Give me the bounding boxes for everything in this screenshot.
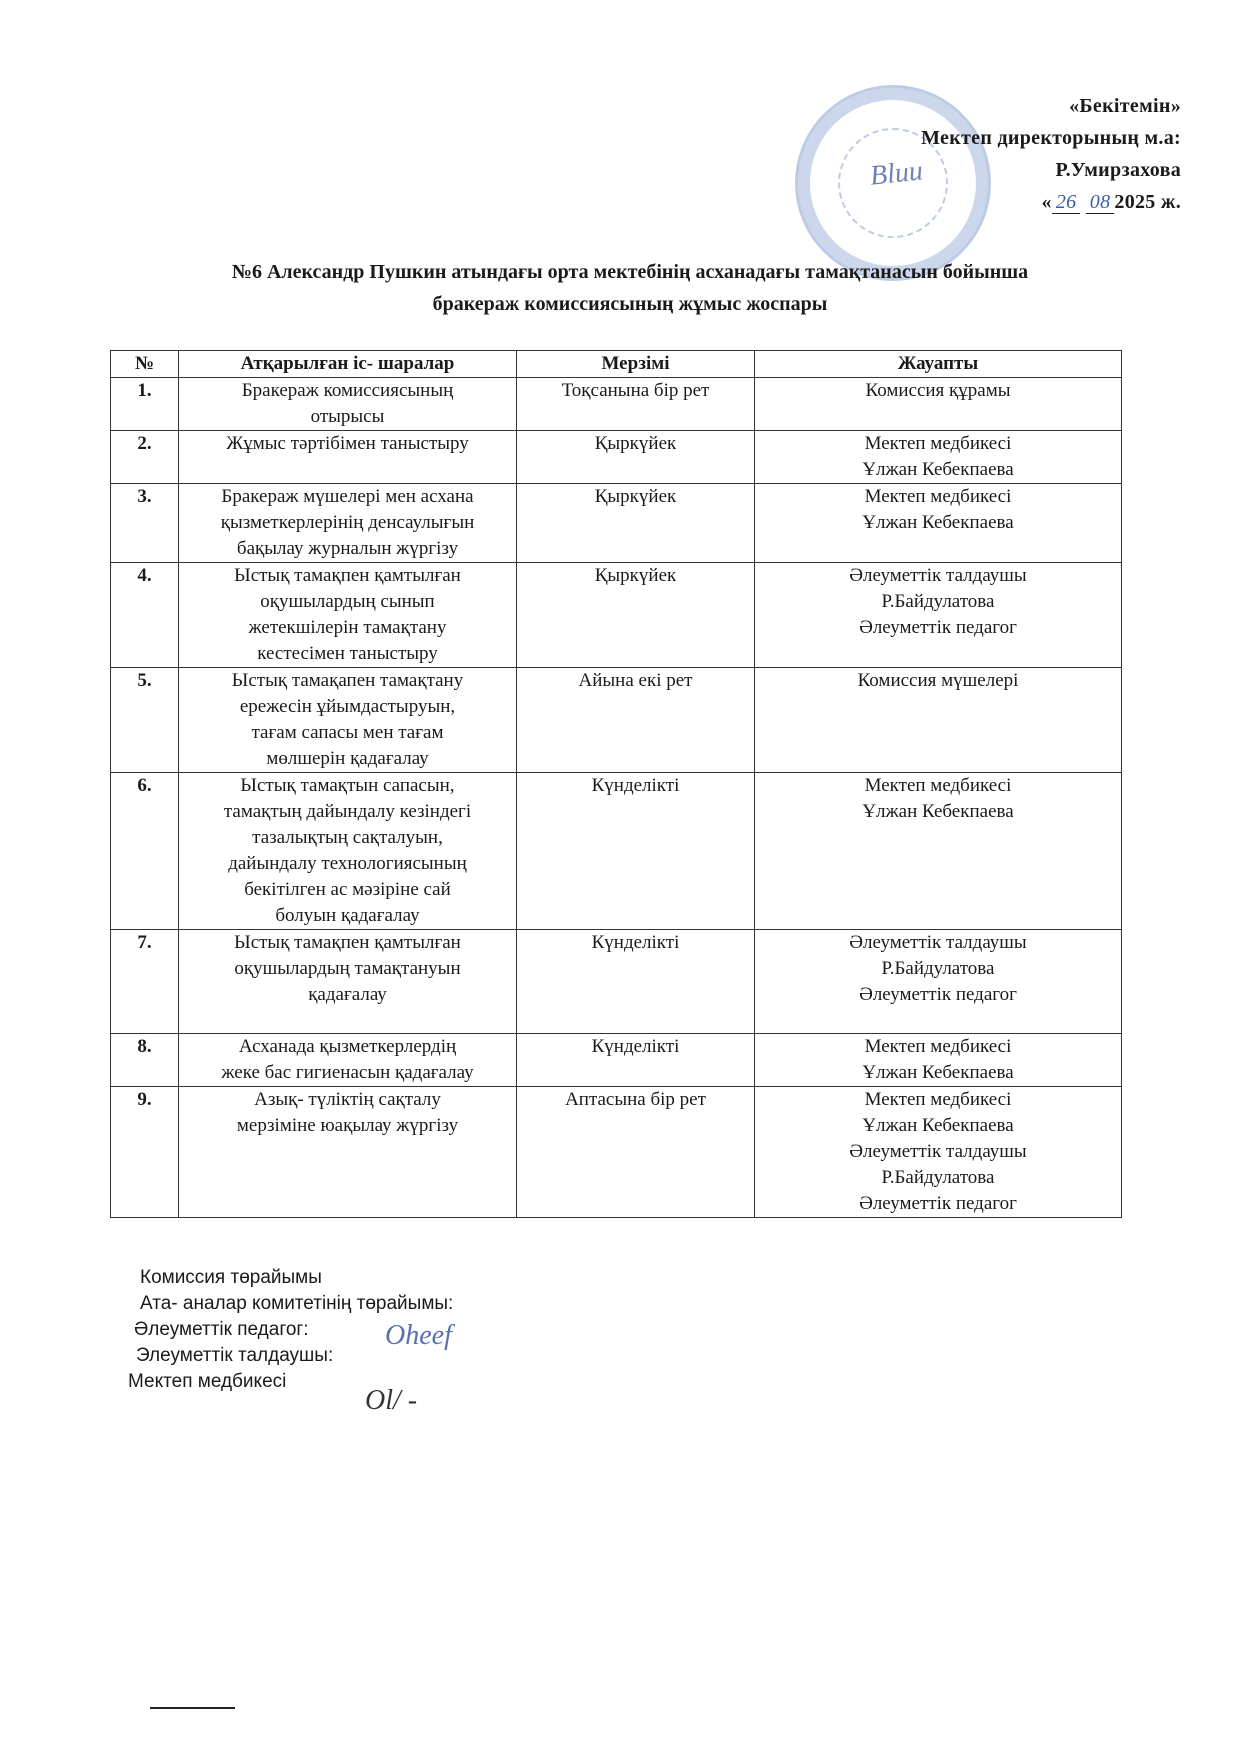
responsible-line: Мектеп медбикесі	[761, 1034, 1115, 1060]
responsible-line: Мектеп медбикесі	[761, 1087, 1115, 1113]
activity-line: жетекшілерін тамақтану	[185, 615, 510, 641]
table-row: 6.Ыстық тамақтын сапасын,тамақтың дайынд…	[111, 773, 1122, 930]
row-activity: Асханада қызметкерлердіңжеке бас гигиена…	[179, 1034, 517, 1087]
header-term: Мерзімі	[517, 351, 755, 378]
row-responsible: Әлеуметтік талдаушыР.БайдулатоваӘлеуметт…	[755, 563, 1122, 668]
table-row: 8.Асханада қызметкерлердіңжеке бас гигие…	[111, 1034, 1122, 1087]
activity-line: оқушылардың сынып	[185, 589, 510, 615]
row-number: 6.	[111, 773, 179, 930]
table-row: 7.Ыстық тамақпен қамтылғаноқушылардың та…	[111, 930, 1122, 1034]
responsible-line: Әлеуметтік педагог	[761, 1191, 1115, 1217]
date-year: 2025 ж.	[1114, 191, 1181, 213]
row-activity: Ыстық тамақпен қамтылғаноқушылардың сыны…	[179, 563, 517, 668]
row-number: 3.	[111, 484, 179, 563]
row-number: 2.	[111, 431, 179, 484]
table-row: 3.Бракераж мүшелері мен асханақызметкерл…	[111, 484, 1122, 563]
activity-line: Бракераж мүшелері мен асхана	[185, 484, 510, 510]
table-row: 2.Жұмыс тәртібімен таныстыруҚыркүйекМект…	[111, 431, 1122, 484]
activity-line: отырысы	[185, 404, 510, 430]
table-header-row: № Атқарылған іс- шаралар Мерзімі Жауапты	[111, 351, 1122, 378]
row-responsible: Комиссия құрамы	[755, 378, 1122, 431]
row-number: 8.	[111, 1034, 179, 1087]
date-prefix: «	[1042, 191, 1052, 213]
header-responsible: Жауапты	[755, 351, 1122, 378]
title-line-1: №6 Александр Пушкин атындағы орта мектеб…	[150, 256, 1110, 288]
row-term: Күнделікті	[517, 1034, 755, 1087]
row-responsible: Әлеуметтік талдаушыР.БайдулатоваӘлеуметт…	[755, 930, 1122, 1034]
row-activity: Ыстық тамақтын сапасын,тамақтың дайындал…	[179, 773, 517, 930]
footer-commission-chair: Комиссия төрайымы	[140, 1265, 453, 1291]
row-responsible: Мектеп медбикесіҰлжан Кебекпаева	[755, 431, 1122, 484]
approval-heading: «Бекітемін»	[821, 90, 1181, 122]
row-responsible: Мектеп медбикесіҰлжан Кебекпаева	[755, 773, 1122, 930]
responsible-line: Мектеп медбикесі	[761, 773, 1115, 799]
row-number: 9.	[111, 1087, 179, 1218]
row-responsible: Мектеп медбикесіҰлжан Кебекпаева	[755, 1034, 1122, 1087]
row-activity: Бракераж комиссиясыныңотырысы	[179, 378, 517, 431]
activity-line: Азық- түліктің сақталу	[185, 1087, 510, 1113]
activity-line: қадағалау	[185, 982, 510, 1008]
responsible-line: Әлеуметтік талдаушы	[761, 1139, 1115, 1165]
title-line-2: бракераж комиссиясының жұмыс жоспары	[150, 288, 1110, 320]
activity-line: ережесін ұйымдастыруын,	[185, 694, 510, 720]
row-activity: Ыстық тамақапен тамақтануережесін ұйымда…	[179, 668, 517, 773]
activity-line: бекітілген ас мәзіріне сай	[185, 877, 510, 903]
table-body: 1.Бракераж комиссиясыныңотырысыТоқсанына…	[111, 378, 1122, 1218]
date-month: 08	[1086, 191, 1115, 214]
activity-line: тағам сапасы мен тағам	[185, 720, 510, 746]
row-number: 7.	[111, 930, 179, 1034]
activity-line: Ыстық тамақтын сапасын,	[185, 773, 510, 799]
row-number: 1.	[111, 378, 179, 431]
approval-position: Мектеп директорының м.а:	[821, 122, 1181, 154]
activity-line: тамақтың дайындалу кезіндегі	[185, 799, 510, 825]
table-row: 5.Ыстық тамақапен тамақтануережесін ұйым…	[111, 668, 1122, 773]
responsible-line: Ұлжан Кебекпаева	[761, 1060, 1115, 1086]
row-term: Аптасына бір рет	[517, 1087, 755, 1218]
responsible-line: Әлеуметтік талдаушы	[761, 930, 1115, 956]
activity-line: дайындалу технологиясының	[185, 851, 510, 877]
row-term: Күнделікті	[517, 773, 755, 930]
responsible-line: Әлеуметтік талдаушы	[761, 563, 1115, 589]
row-number: 4.	[111, 563, 179, 668]
activity-line: тазалықтың сақталуын,	[185, 825, 510, 851]
activity-line: бақылау журналын жүргізу	[185, 536, 510, 562]
activity-line: мөлшерін қадағалау	[185, 746, 510, 772]
page-title: №6 Александр Пушкин атындағы орта мектеб…	[150, 256, 1110, 320]
row-term: Тоқсанына бір рет	[517, 378, 755, 431]
row-number: 5.	[111, 668, 179, 773]
row-activity: Жұмыс тәртібімен таныстыру	[179, 431, 517, 484]
activity-line: мерзіміне юақылау жүргізу	[185, 1113, 510, 1139]
row-term: Қыркүйек	[517, 563, 755, 668]
activity-line: Ыстық тамақапен тамақтану	[185, 668, 510, 694]
header-number: №	[111, 351, 179, 378]
row-activity: Бракераж мүшелері мен асханақызметкерлер…	[179, 484, 517, 563]
responsible-line: Р.Байдулатова	[761, 589, 1115, 615]
responsible-line: Мектеп медбикесі	[761, 431, 1115, 457]
approval-block: «Бекітемін» Мектеп директорының м.а: Р.У…	[821, 90, 1181, 218]
responsible-line: Әлеуметтік педагог	[761, 615, 1115, 641]
row-responsible: Комиссия мүшелері	[755, 668, 1122, 773]
responsible-line: Комиссия құрамы	[761, 378, 1115, 404]
activity-line: жеке бас гигиенасын қадағалау	[185, 1060, 510, 1086]
table-row: 4.Ыстық тамақпен қамтылғаноқушылардың сы…	[111, 563, 1122, 668]
row-activity: Азық- түліктің сақталумерзіміне юақылау …	[179, 1087, 517, 1218]
responsible-line: Р.Байдулатова	[761, 1165, 1115, 1191]
row-term: Айына екі рет	[517, 668, 755, 773]
row-term: Қыркүйек	[517, 431, 755, 484]
activity-line: Жұмыс тәртібімен таныстыру	[185, 431, 510, 457]
activity-line: Ыстық тамақпен қамтылған	[185, 563, 510, 589]
responsible-line: Әлеуметтік педагог	[761, 982, 1115, 1008]
nurse-signature: Ol/ -	[365, 1385, 417, 1417]
row-term: Күнделікті	[517, 930, 755, 1034]
pedagog-signature: Oheef	[385, 1320, 452, 1352]
header-activity: Атқарылған іс- шаралар	[179, 351, 517, 378]
row-responsible: Мектеп медбикесіҰлжан Кебекпаева	[755, 484, 1122, 563]
activity-line: болуын қадағалау	[185, 903, 510, 929]
date-day: 26	[1052, 191, 1081, 214]
responsible-line: Ұлжан Кебекпаева	[761, 457, 1115, 483]
director-signature: Bluu	[868, 155, 924, 192]
responsible-line: Ұлжан Кебекпаева	[761, 510, 1115, 536]
footer-parent-committee-chair: Ата- аналар комитетінің төрайымы:	[140, 1291, 453, 1317]
row-term: Қыркүйек	[517, 484, 755, 563]
responsible-line: Ұлжан Кебекпаева	[761, 1113, 1115, 1139]
activity-line: Бракераж комиссиясының	[185, 378, 510, 404]
plan-table: № Атқарылған іс- шаралар Мерзімі Жауапты…	[110, 350, 1122, 1218]
row-responsible: Мектеп медбикесіҰлжан КебекпаеваӘлеуметт…	[755, 1087, 1122, 1218]
table-row: 1.Бракераж комиссиясыныңотырысыТоқсанына…	[111, 378, 1122, 431]
responsible-line: Комиссия мүшелері	[761, 668, 1115, 694]
activity-line: кестесімен таныстыру	[185, 641, 510, 667]
scan-artifact-line	[150, 1707, 235, 1709]
responsible-line: Ұлжан Кебекпаева	[761, 799, 1115, 825]
activity-line: қызметкерлерінің денсаулығын	[185, 510, 510, 536]
table-row: 9.Азық- түліктің сақталумерзіміне юақыла…	[111, 1087, 1122, 1218]
activity-line: Асханада қызметкерлердің	[185, 1034, 510, 1060]
row-activity: Ыстық тамақпен қамтылғаноқушылардың тама…	[179, 930, 517, 1034]
responsible-line: Мектеп медбикесі	[761, 484, 1115, 510]
activity-line: оқушылардың тамақтануын	[185, 956, 510, 982]
activity-line: Ыстық тамақпен қамтылған	[185, 930, 510, 956]
responsible-line: Р.Байдулатова	[761, 956, 1115, 982]
